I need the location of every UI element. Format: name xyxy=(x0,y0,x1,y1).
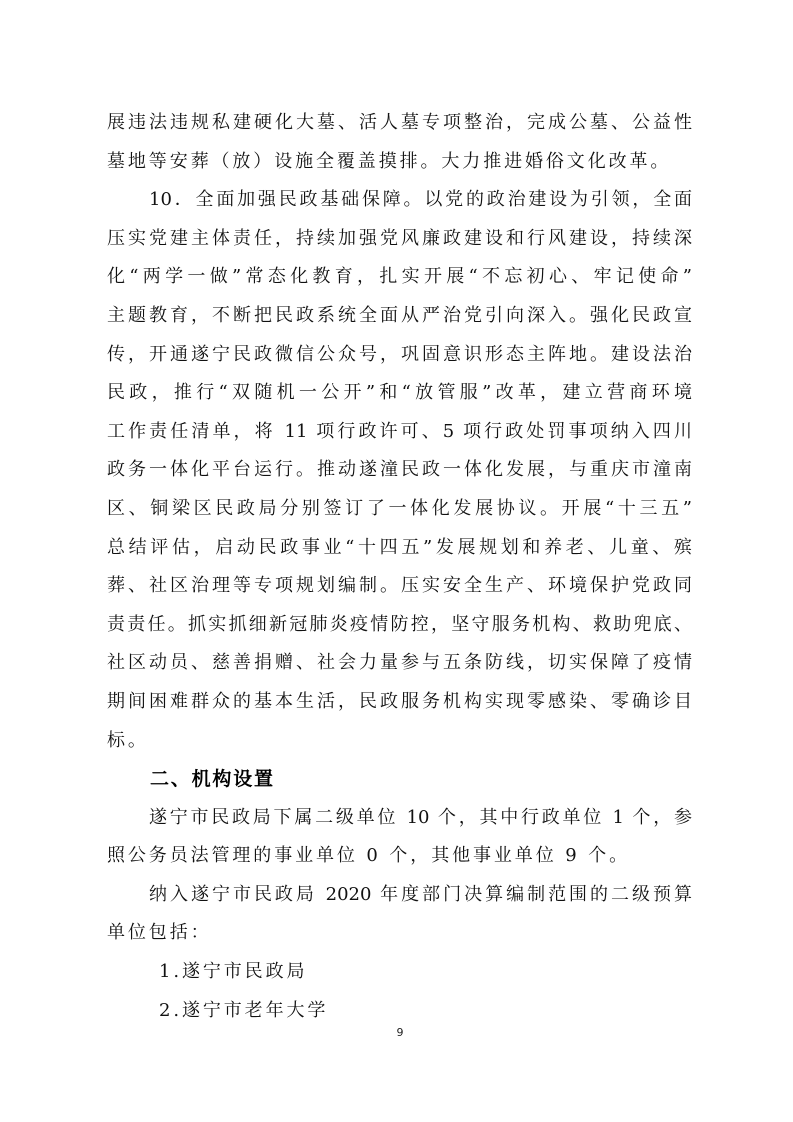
paragraph-line: 墓地等安葬（放）设施全覆盖摸排。大力推进婚俗文化改革。 xyxy=(107,143,692,182)
paragraph-line: 展违法违规私建硬化大墓、活人墓专项整治，完成公墓、公益性 xyxy=(107,104,692,143)
body-text: 展违法违规私建硬化大墓、活人墓专项整治，完成公墓、公益性 墓地等安葬（放）设施全… xyxy=(107,104,692,1030)
section-heading: 二、机构设置 xyxy=(107,760,692,799)
paragraph-line: 压实党建主体责任，持续加强党风廉政建设和行风建设，持续深 xyxy=(107,220,692,259)
paragraph-line: 单位包括： xyxy=(107,914,692,953)
paragraph-line: 标。 xyxy=(107,722,692,761)
document-page: 展违法违规私建硬化大墓、活人墓专项整治，完成公墓、公益性 墓地等安葬（放）设施全… xyxy=(0,0,793,1122)
paragraph-line: 责责任。抓实抓细新冠肺炎疫情防控，坚守服务机构、救助兜底、 xyxy=(107,606,692,645)
list-item: 2.遂宁市老年大学 xyxy=(107,992,692,1031)
paragraph-line: 民政，推行“双随机一公开”和“放管服”改革，建立营商环境 xyxy=(107,374,692,413)
paragraph-line: 化“两学一做”常态化教育，扎实开展“不忘初心、牢记使命” xyxy=(107,258,692,297)
paragraph-line: 期间困难群众的基本生活，民政服务机构实现零感染、零确诊目 xyxy=(107,683,692,722)
paragraph-line: 总结评估，启动民政事业“十四五”发展规划和养老、儿童、殡 xyxy=(107,529,692,568)
page-number: 9 xyxy=(380,1026,420,1039)
paragraph-line: 纳入遂宁市民政局 2020 年度部门决算编制范围的二级预算 xyxy=(107,876,692,915)
paragraph-line: 照公务员法管理的事业单位 0 个，其他事业单位 9 个。 xyxy=(107,837,692,876)
paragraph-line: 主题教育，不断把民政系统全面从严治党引向深入。强化民政宣 xyxy=(107,297,692,336)
paragraph-line: 社区动员、慈善捐赠、社会力量参与五条防线，切实保障了疫情 xyxy=(107,644,692,683)
paragraph-line: 10．全面加强民政基础保障。以党的政治建设为引领，全面 xyxy=(107,181,692,220)
list-item: 1.遂宁市民政局 xyxy=(107,953,692,992)
paragraph-line: 工作责任清单，将 11 项行政许可、5 项行政处罚事项纳入四川 xyxy=(107,413,692,452)
paragraph-line: 政务一体化平台运行。推动遂潼民政一体化发展，与重庆市潼南 xyxy=(107,451,692,490)
paragraph-line: 遂宁市民政局下属二级单位 10 个，其中行政单位 1 个，参 xyxy=(107,799,692,838)
paragraph-line: 葬、社区治理等专项规划编制。压实安全生产、环境保护党政同 xyxy=(107,567,692,606)
paragraph-line: 区、铜梁区民政局分别签订了一体化发展协议。开展“十三五” xyxy=(107,490,692,529)
paragraph-line: 传，开通遂宁民政微信公众号，巩固意识形态主阵地。建设法治 xyxy=(107,336,692,375)
